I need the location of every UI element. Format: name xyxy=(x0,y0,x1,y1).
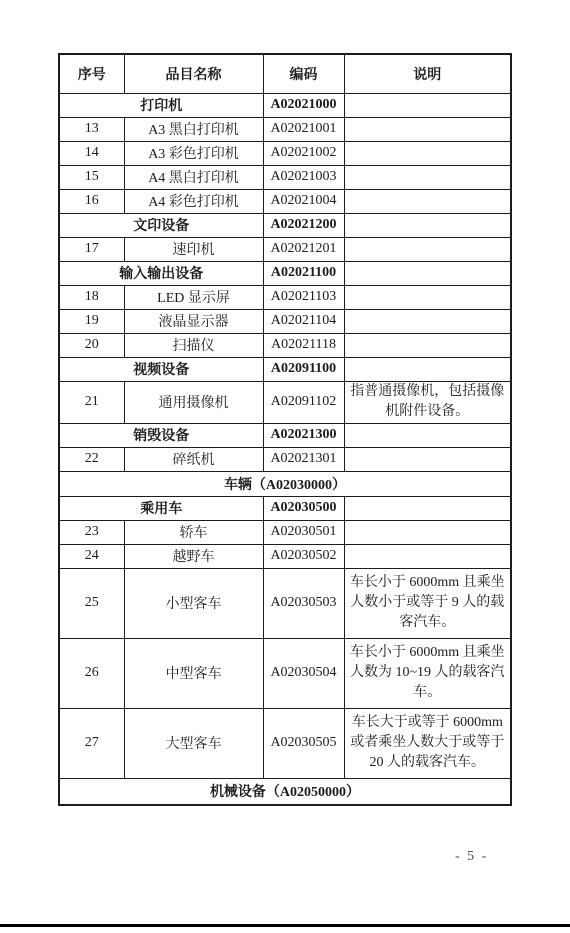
section-label: 车辆（A02030000） xyxy=(59,471,511,496)
cell-description xyxy=(344,423,511,447)
column-header-code: 编码 xyxy=(263,54,344,93)
table-row: 13 A3 黑白打印机 A02021001 xyxy=(59,117,511,141)
table-row-category: 销毁设备 A02021300 xyxy=(59,423,511,447)
table-row: 26 中型客车 A02030504 车长小于 6000mm 且乘坐人数为 10~… xyxy=(59,638,511,708)
cell-description xyxy=(344,237,511,261)
cell-serial: 13 xyxy=(59,117,124,141)
cell-description xyxy=(344,520,511,544)
cell-serial: 22 xyxy=(59,447,124,471)
cell-code: A02021118 xyxy=(263,333,344,357)
table-section-row: 车辆（A02030000） xyxy=(59,471,511,496)
cell-item-name: 越野车 xyxy=(124,544,263,568)
cell-description xyxy=(344,357,511,381)
cell-description xyxy=(344,141,511,165)
cell-item-name: 速印机 xyxy=(124,237,263,261)
cell-code: A02030500 xyxy=(263,496,344,520)
cell-code: A02021200 xyxy=(263,213,344,237)
cell-serial: 21 xyxy=(59,381,124,423)
table-row: 20 扫描仪 A02021118 xyxy=(59,333,511,357)
cell-code: A02021104 xyxy=(263,309,344,333)
table-row-category: 输入输出设备 A02021100 xyxy=(59,261,511,285)
table-section-row: 机械设备（A02050000） xyxy=(59,778,511,805)
cell-item-name: 通用摄像机 xyxy=(124,381,263,423)
cell-category-name: 视频设备 xyxy=(59,357,263,381)
column-header-description: 说明 xyxy=(344,54,511,93)
cell-description xyxy=(344,261,511,285)
cell-description xyxy=(344,165,511,189)
table-row: 17 速印机 A02021201 xyxy=(59,237,511,261)
cell-serial: 23 xyxy=(59,520,124,544)
cell-category-name: 打印机 xyxy=(59,93,263,117)
cell-serial: 16 xyxy=(59,189,124,213)
table-header-row: 序号 品目名称 编码 说明 xyxy=(59,54,511,93)
table-row: 25 小型客车 A02030503 车长小于 6000mm 且乘坐人数小于或等于… xyxy=(59,568,511,638)
items-table: 序号 品目名称 编码 说明 打印机 A02021000 13 A3 黑白打印机 … xyxy=(58,53,512,806)
document-page: 序号 品目名称 编码 说明 打印机 A02021000 13 A3 黑白打印机 … xyxy=(0,0,570,933)
cell-description: 车长小于 6000mm 且乘坐人数为 10~19 人的载客汽车。 xyxy=(344,638,511,708)
cell-serial: 14 xyxy=(59,141,124,165)
cell-description xyxy=(344,309,511,333)
cell-code: A02030505 xyxy=(263,708,344,778)
cell-description xyxy=(344,213,511,237)
cell-code: A02021002 xyxy=(263,141,344,165)
page-number: - 5 - xyxy=(455,849,488,865)
cell-item-name: 小型客车 xyxy=(124,568,263,638)
cell-code: A02021300 xyxy=(263,423,344,447)
cell-description: 车长大于或等于 6000mm 或者乘坐人数大于或等于 20 人的载客汽车。 xyxy=(344,708,511,778)
page-separator xyxy=(0,924,570,927)
cell-serial: 15 xyxy=(59,165,124,189)
cell-code: A02030504 xyxy=(263,638,344,708)
cell-serial: 26 xyxy=(59,638,124,708)
cell-item-name: 中型客车 xyxy=(124,638,263,708)
cell-item-name: 大型客车 xyxy=(124,708,263,778)
cell-description xyxy=(344,117,511,141)
table-row-category: 视频设备 A02091100 xyxy=(59,357,511,381)
cell-serial: 18 xyxy=(59,285,124,309)
cell-code: A02021000 xyxy=(263,93,344,117)
column-header-item-name: 品目名称 xyxy=(124,54,263,93)
column-header-serial: 序号 xyxy=(59,54,124,93)
cell-item-name: A3 黑白打印机 xyxy=(124,117,263,141)
cell-category-name: 乘用车 xyxy=(59,496,263,520)
cell-description xyxy=(344,93,511,117)
cell-description xyxy=(344,496,511,520)
cell-serial: 19 xyxy=(59,309,124,333)
cell-description xyxy=(344,544,511,568)
cell-code: A02021301 xyxy=(263,447,344,471)
cell-category-name: 文印设备 xyxy=(59,213,263,237)
cell-category-name: 销毁设备 xyxy=(59,423,263,447)
table-row: 16 A4 彩色打印机 A02021004 xyxy=(59,189,511,213)
cell-description: 指普通摄像机，包括摄像机附件设备。 xyxy=(344,381,511,423)
table-row: 14 A3 彩色打印机 A02021002 xyxy=(59,141,511,165)
table-row-category: 打印机 A02021000 xyxy=(59,93,511,117)
cell-item-name: A3 彩色打印机 xyxy=(124,141,263,165)
cell-code: A02021100 xyxy=(263,261,344,285)
cell-code: A02091100 xyxy=(263,357,344,381)
cell-item-name: 碎纸机 xyxy=(124,447,263,471)
table-row: 22 碎纸机 A02021301 xyxy=(59,447,511,471)
cell-description xyxy=(344,285,511,309)
cell-code: A02030501 xyxy=(263,520,344,544)
cell-code: A02021003 xyxy=(263,165,344,189)
cell-serial: 17 xyxy=(59,237,124,261)
cell-item-name: LED 显示屏 xyxy=(124,285,263,309)
cell-item-name: 液晶显示器 xyxy=(124,309,263,333)
cell-serial: 24 xyxy=(59,544,124,568)
table-row: 19 液晶显示器 A02021104 xyxy=(59,309,511,333)
section-label: 机械设备（A02050000） xyxy=(59,778,511,805)
cell-code: A02091102 xyxy=(263,381,344,423)
cell-description: 车长小于 6000mm 且乘坐人数小于或等于 9 人的载客汽车。 xyxy=(344,568,511,638)
cell-code: A02021004 xyxy=(263,189,344,213)
table-row: 15 A4 黑白打印机 A02021003 xyxy=(59,165,511,189)
table-row: 24 越野车 A02030502 xyxy=(59,544,511,568)
cell-item-name: A4 彩色打印机 xyxy=(124,189,263,213)
table-row-category: 乘用车 A02030500 xyxy=(59,496,511,520)
cell-code: A02021103 xyxy=(263,285,344,309)
cell-description xyxy=(344,333,511,357)
cell-item-name: 扫描仪 xyxy=(124,333,263,357)
cell-code: A02030503 xyxy=(263,568,344,638)
cell-serial: 20 xyxy=(59,333,124,357)
cell-description xyxy=(344,189,511,213)
table-row: 21 通用摄像机 A02091102 指普通摄像机，包括摄像机附件设备。 xyxy=(59,381,511,423)
cell-item-name: 轿车 xyxy=(124,520,263,544)
cell-serial: 25 xyxy=(59,568,124,638)
table-row: 23 轿车 A02030501 xyxy=(59,520,511,544)
cell-code: A02030502 xyxy=(263,544,344,568)
table-row: 18 LED 显示屏 A02021103 xyxy=(59,285,511,309)
table-row: 27 大型客车 A02030505 车长大于或等于 6000mm 或者乘坐人数大… xyxy=(59,708,511,778)
cell-code: A02021001 xyxy=(263,117,344,141)
cell-category-name: 输入输出设备 xyxy=(59,261,263,285)
table-row-category: 文印设备 A02021200 xyxy=(59,213,511,237)
cell-description xyxy=(344,447,511,471)
cell-item-name: A4 黑白打印机 xyxy=(124,165,263,189)
cell-serial: 27 xyxy=(59,708,124,778)
cell-code: A02021201 xyxy=(263,237,344,261)
